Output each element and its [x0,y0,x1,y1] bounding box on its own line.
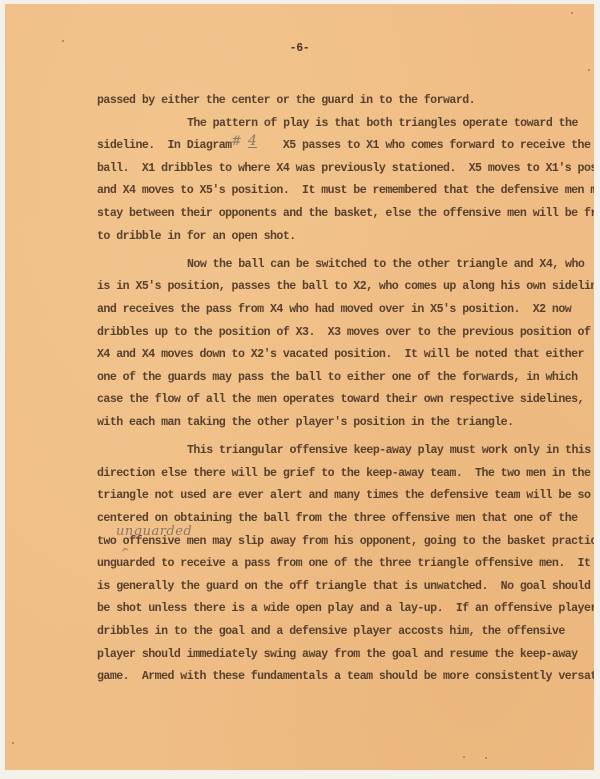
paper-speck [12,742,14,744]
text-line: This triangular offensive keep-away play… [187,444,591,457]
text-line: to dribble in for an open shot. [97,230,296,243]
document-page: -6- passed by either the center or the g… [5,4,594,770]
text-line: and receives the pass from X4 who had mo… [97,303,571,316]
handwritten-diagram-number: 4 [248,133,257,149]
text-line: passed by either the center or the guard… [97,94,475,107]
handwritten-hash: # [231,134,242,149]
text-line: sideline. In Diagram X5 passes to X1 who… [97,139,590,152]
paper-speck [485,757,487,759]
text-line: direction else there will be grief to th… [97,467,590,480]
paper-speck [571,12,573,14]
text-line: and X4 moves to X5's position. It must b… [97,184,594,197]
text-line: is in X5's position, passes the ball to … [97,280,594,293]
text-line: dribbles up to the position of X3. X3 mo… [97,326,590,339]
text-line: triangle not used are ever alert and man… [97,489,590,502]
text-line: player should immediately swing away fro… [97,648,578,661]
text-line: X4 and X4 moves down to X2's vacated pos… [97,348,584,361]
paper-speck [588,69,590,71]
text-line: be shot unless there is a wide open play… [97,602,594,615]
text-line: case the flow of all the men operates to… [97,393,584,406]
page-number: -6- [5,42,594,55]
text-line: game. Armed with these fundamentals a te… [97,670,594,683]
text-line: unguarded to receive a pass from one of … [97,557,590,570]
paper-speck [463,756,465,758]
text-line: The pattern of play is that both triangl… [187,117,578,130]
text-line: ball. X1 dribbles to where X4 was previo… [97,162,594,175]
text-line: dribbles in to the goal and a defensive … [97,625,565,638]
text-line: with each man taking the other player's … [97,416,513,429]
text-line: stay between their opponents and the bas… [97,207,594,220]
paper-speck [62,40,64,42]
text-line: Now the ball can be switched to the othe… [187,258,584,271]
text-line: is generally the guard on the off triang… [97,580,590,593]
handwritten-insertion: unguarded [116,524,192,539]
text-line: one of the guards may pass the ball to e… [97,371,578,384]
